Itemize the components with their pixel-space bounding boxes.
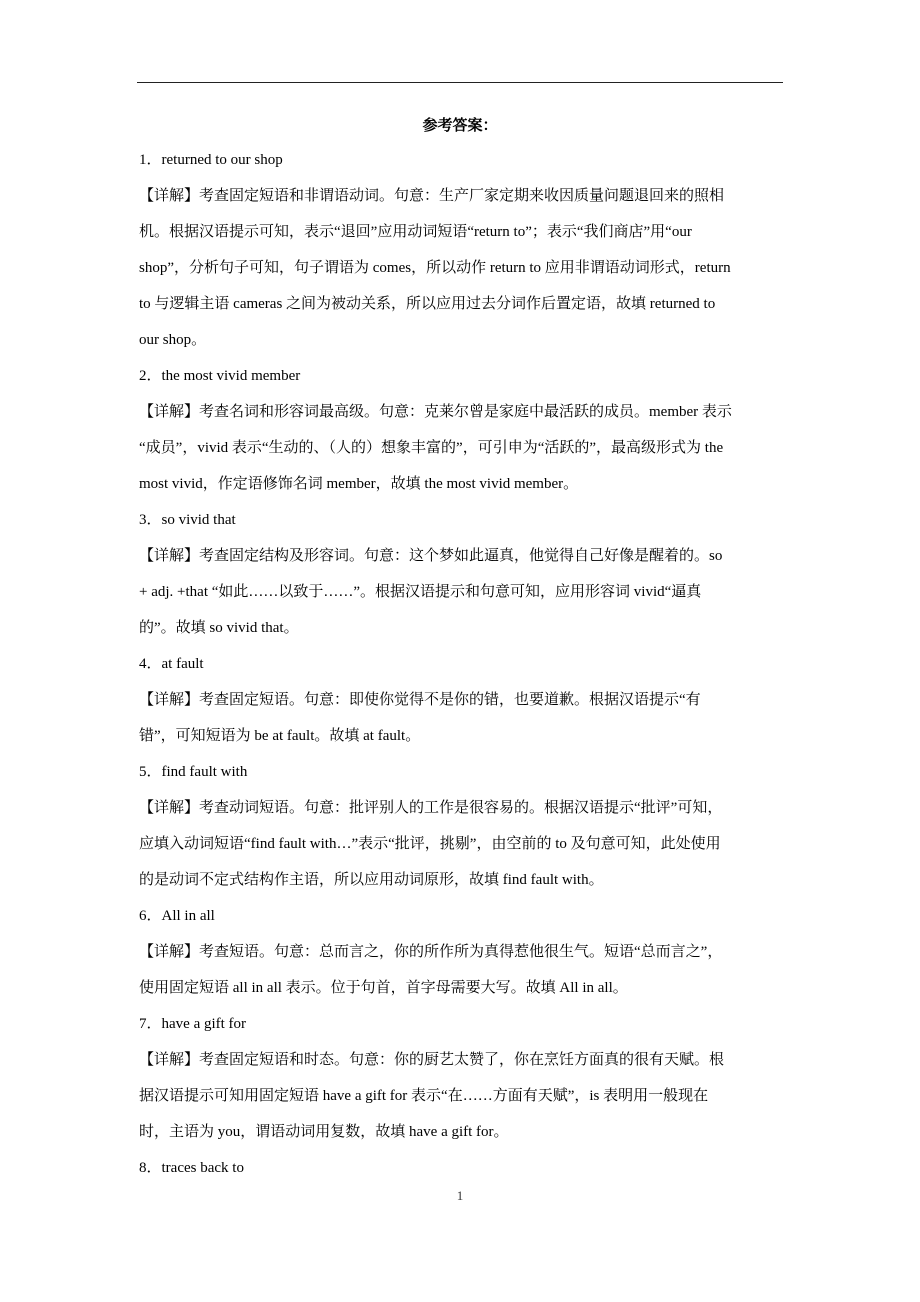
explanation-line: 【详解】考查固定结构及形容词。句意：这个梦如此逼真，他觉得自己好像是醒着的。so xyxy=(139,538,784,574)
explanation-line: “成员”，vivid 表示“生动的、（人的）想象丰富的”，可引申为“活跃的”，最… xyxy=(139,430,784,466)
answer-item-3: 3．so vivid that 【详解】考查固定结构及形容词。句意：这个梦如此逼… xyxy=(139,502,784,646)
answer-text: 3．so vivid that xyxy=(139,502,784,538)
explanation-line: our shop。 xyxy=(139,322,784,358)
explanation-line: 时，主语为 you，谓语动词用复数，故填 have a gift for。 xyxy=(139,1114,784,1150)
explanation-line: 的”。故填 so vivid that。 xyxy=(139,610,784,646)
answer-text: 5．find fault with xyxy=(139,754,784,790)
explanation-line: 【详解】考查固定短语。句意：即使你觉得不是你的错，也要道歉。根据汉语提示“有 xyxy=(139,682,784,718)
answer-text: 4．at fault xyxy=(139,646,784,682)
answer-item-8: 8．traces back to xyxy=(139,1150,784,1186)
header-rule xyxy=(137,82,783,83)
explanation-line: shop”，分析句子可知，句子谓语为 comes，所以动作 return to … xyxy=(139,250,784,286)
page-number: 1 xyxy=(0,1188,920,1204)
explanation-line: 【详解】考查动词短语。句意：批评别人的工作是很容易的。根据汉语提示“批评”可知， xyxy=(139,790,784,826)
explanation-line: 【详解】考查短语。句意：总而言之，你的所作所为真得惹他很生气。短语“总而言之”， xyxy=(139,934,784,970)
explanation-line: 的是动词不定式结构作主语，所以应用动词原形，故填 find fault with… xyxy=(139,862,784,898)
answer-text: 7．have a gift for xyxy=(139,1006,784,1042)
answer-item-4: 4．at fault 【详解】考查固定短语。句意：即使你觉得不是你的错，也要道歉… xyxy=(139,646,784,754)
answer-text: 8．traces back to xyxy=(139,1150,784,1186)
answer-list: 1．returned to our shop 【详解】考查固定短语和非谓语动词。… xyxy=(139,142,784,1186)
answer-item-2: 2．the most vivid member 【详解】考查名词和形容词最高级。… xyxy=(139,358,784,502)
explanation-line: 据汉语提示可知用固定短语 have a gift for 表示“在……方面有天赋… xyxy=(139,1078,784,1114)
explanation-line: + adj. +that “如此……以致于……”。根据汉语提示和句意可知，应用形… xyxy=(139,574,784,610)
answer-text: 1．returned to our shop xyxy=(139,142,784,178)
explanation-line: most vivid，作定语修饰名词 member，故填 the most vi… xyxy=(139,466,784,502)
explanation-line: 【详解】考查固定短语和非谓语动词。句意：生产厂家定期来收因质量问题退回来的照相 xyxy=(139,178,784,214)
answer-text: 6．All in all xyxy=(139,898,784,934)
answer-text: 2．the most vivid member xyxy=(139,358,784,394)
explanation-line: 机。根据汉语提示可知，表示“退回”应用动词短语“return to”；表示“我们… xyxy=(139,214,784,250)
answer-item-7: 7．have a gift for 【详解】考查固定短语和时态。句意：你的厨艺太… xyxy=(139,1006,784,1150)
answer-item-1: 1．returned to our shop 【详解】考查固定短语和非谓语动词。… xyxy=(139,142,784,358)
explanation-line: 【详解】考查固定短语和时态。句意：你的厨艺太赞了，你在烹饪方面真的很有天赋。根 xyxy=(139,1042,784,1078)
answer-item-6: 6．All in all 【详解】考查短语。句意：总而言之，你的所作所为真得惹他… xyxy=(139,898,784,1006)
explanation-line: 使用固定短语 all in all 表示。位于句首，首字母需要大写。故填 All… xyxy=(139,970,784,1006)
explanation-line: 【详解】考查名词和形容词最高级。句意：克莱尔曾是家庭中最活跃的成员。member… xyxy=(139,394,784,430)
page-title: 参考答案： xyxy=(0,114,920,135)
explanation-line: to 与逻辑主语 cameras 之间为被动关系，所以应用过去分词作后置定语，故… xyxy=(139,286,784,322)
explanation-line: 应填入动词短语“find fault with…”表示“批评，挑剔”，由空前的 … xyxy=(139,826,784,862)
explanation-line: 错”，可知短语为 be at fault。故填 at fault。 xyxy=(139,718,784,754)
answer-item-5: 5．find fault with 【详解】考查动词短语。句意：批评别人的工作是… xyxy=(139,754,784,898)
